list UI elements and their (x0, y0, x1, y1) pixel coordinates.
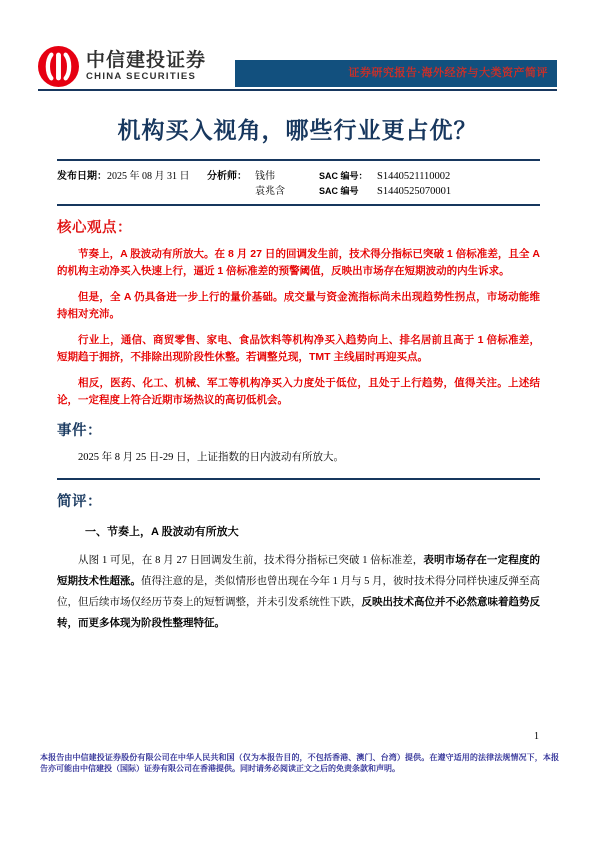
analyst-label: 分析师： (207, 167, 255, 182)
analyst-2-name: 袁兆含 (255, 182, 319, 197)
core-paragraph-2: 但是，全 A 仍具备进一步上行的量价基础。成交量与资金流指标尚未出现趋势性拐点，… (57, 289, 540, 323)
publish-date-value: 2025 年 08 月 31 日 (107, 171, 190, 182)
report-category-banner: 证券研究报告·海外经济与大类资产简评 (235, 60, 557, 87)
publish-date-label: 发布日期： (57, 171, 107, 182)
analyst-2-sac-number: S1440525070001 (377, 186, 540, 197)
section-heading-event: 事件： (57, 421, 540, 441)
section-divider-rule (57, 478, 540, 480)
company-logo: 中信建投证券 CHINA SECURITIES (38, 46, 206, 87)
core-paragraph-4: 相反，医药、化工、机械、军工等机构净买入力度处于低位，且处于上行趋势，值得关注。… (57, 375, 540, 409)
core-paragraph-1: 节奏上，A 股波动有所放大。在 8 月 27 日的回调发生前，技术得分指标已突破… (57, 246, 540, 280)
brief-subheading: 一、节奏上，A 股波动有所放大 (85, 524, 540, 540)
analyst-1-sac-number: S1440521110002 (377, 171, 540, 182)
brief-paragraph: 从图 1 可见，在 8 月 27 日回调发生前，技术得分指标已突破 1 倍标准差… (57, 550, 540, 634)
section-heading-core: 核心观点： (57, 218, 540, 238)
brief-seg-1: 从图 1 可见，在 8 月 27 日回调发生前，技术得分指标已突破 1 倍标准差… (78, 555, 423, 566)
analyst-2-sac-label: SAC 编号 (319, 184, 377, 197)
meta-row-1: 发布日期：2025 年 08 月 31 日 分析师： 钱伟 SAC 编号： S1… (57, 167, 540, 182)
page-number: 1 (534, 731, 539, 742)
logo-text: 中信建投证券 CHINA SECURITIES (86, 51, 206, 83)
footer-disclaimer: 本报告由中信建投证券股份有限公司在中华人民共和国（仅为本报告目的，不包括香港、澳… (40, 752, 559, 774)
logo-name-en: CHINA SECURITIES (86, 72, 206, 82)
analyst-1-name: 钱伟 (255, 167, 319, 182)
core-paragraph-3: 行业上，通信、商贸零售、家电、食品饮料等机构净买入趋势向上、排名居前且高于 1 … (57, 332, 540, 366)
report-page: 中信建投证券 CHINA SECURITIES 证券研究报告·海外经济与大类资产… (0, 0, 595, 842)
report-title: 机构买入视角，哪些行业更占优？ (40, 113, 555, 147)
meta-block: 发布日期：2025 年 08 月 31 日 分析师： 钱伟 SAC 编号： S1… (57, 159, 540, 206)
logo-name-cn: 中信建投证券 (86, 51, 206, 71)
analyst-1-sac-label: SAC 编号： (319, 169, 377, 182)
publish-date: 发布日期：2025 年 08 月 31 日 (57, 167, 207, 182)
event-body: 2025 年 8 月 25 日-29 日，上证指数的日内波动有所放大。 (57, 449, 540, 466)
meta-row-2: 袁兆含 SAC 编号 S1440525070001 (57, 182, 540, 197)
section-heading-brief: 简评： (57, 492, 540, 512)
report-header: 中信建投证券 CHINA SECURITIES 证券研究报告·海外经济与大类资产… (38, 40, 557, 91)
citic-logo-icon (38, 46, 79, 87)
